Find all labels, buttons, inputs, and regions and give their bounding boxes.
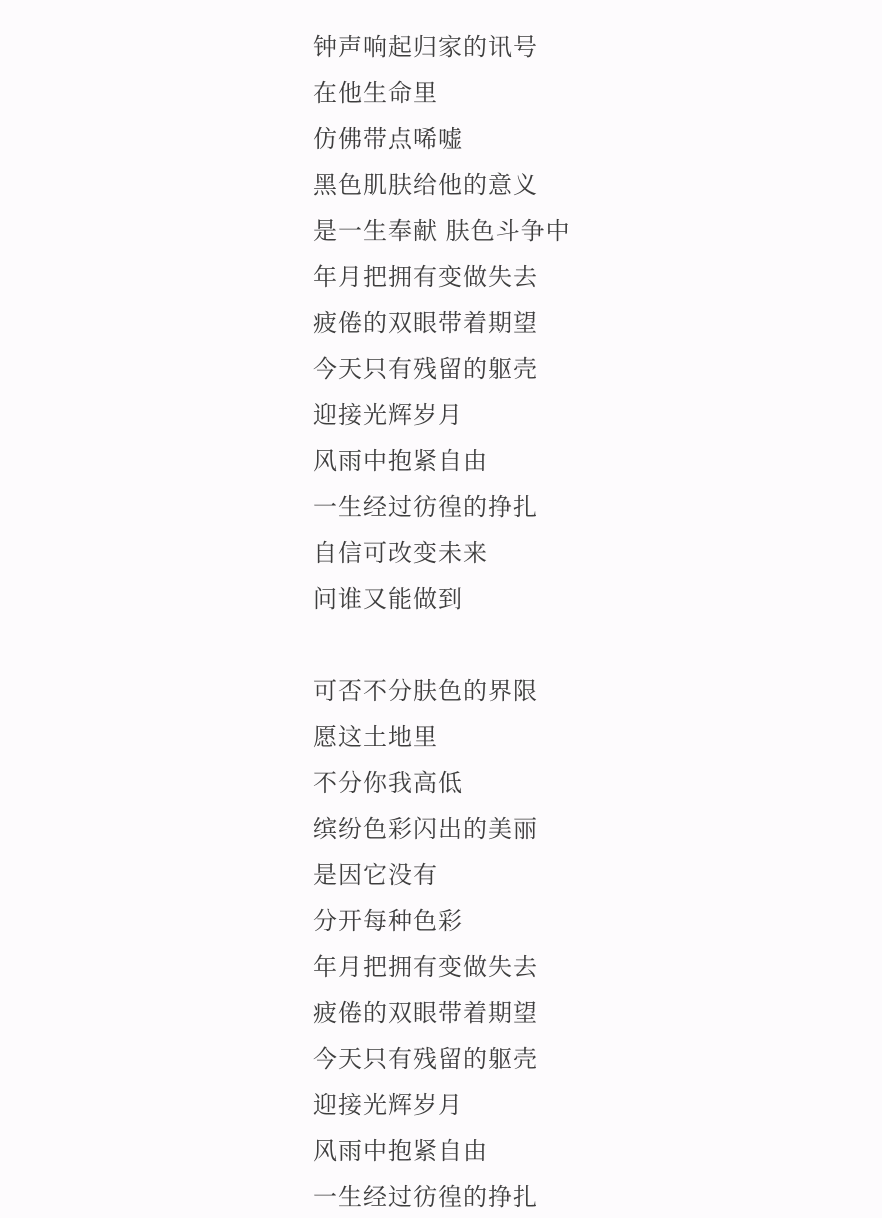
lyric-line: 钟声响起归家的讯号 (313, 25, 862, 71)
lyric-line: 一生经过彷徨的挣扎 (313, 1175, 862, 1218)
lyric-stanza: 可否不分肤色的界限愿这土地里不分你我高低缤纷色彩闪出的美丽是因它没有分开每种色彩… (313, 669, 862, 1218)
lyric-line: 疲倦的双眼带着期望 (313, 301, 862, 347)
lyric-line: 黑色肌肤给他的意义 (313, 163, 862, 209)
lyric-stanza: 钟声响起归家的讯号在他生命里仿佛带点唏嘘黑色肌肤给他的意义是一生奉献 肤色斗争中… (313, 25, 862, 623)
lyrics-page: 钟声响起归家的讯号在他生命里仿佛带点唏嘘黑色肌肤给他的意义是一生奉献 肤色斗争中… (0, 0, 882, 1218)
lyric-line: 年月把拥有变做失去 (313, 255, 862, 301)
lyric-line: 一生经过彷徨的挣扎 (313, 485, 862, 531)
lyric-line: 仿佛带点唏嘘 (313, 117, 862, 163)
lyric-line: 自信可改变未来 (313, 531, 862, 577)
lyric-line: 在他生命里 (313, 71, 862, 117)
lyric-line: 是一生奉献 肤色斗争中 (313, 209, 862, 255)
lyric-line: 可否不分肤色的界限 (313, 669, 862, 715)
lyric-line: 今天只有残留的躯壳 (313, 347, 862, 393)
lyric-line: 今天只有残留的躯壳 (313, 1037, 862, 1083)
lyric-line: 风雨中抱紧自由 (313, 1129, 862, 1175)
lyric-line: 分开每种色彩 (313, 899, 862, 945)
lyric-line: 风雨中抱紧自由 (313, 439, 862, 485)
lyric-line: 缤纷色彩闪出的美丽 (313, 807, 862, 853)
lyric-line: 迎接光辉岁月 (313, 393, 862, 439)
lyric-line: 问谁又能做到 (313, 577, 862, 623)
lyric-line: 迎接光辉岁月 (313, 1083, 862, 1129)
lyric-line: 愿这土地里 (313, 715, 862, 761)
lyric-line: 疲倦的双眼带着期望 (313, 991, 862, 1037)
lyric-line: 年月把拥有变做失去 (313, 945, 862, 991)
lyric-line: 是因它没有 (313, 853, 862, 899)
lyric-line: 不分你我高低 (313, 761, 862, 807)
